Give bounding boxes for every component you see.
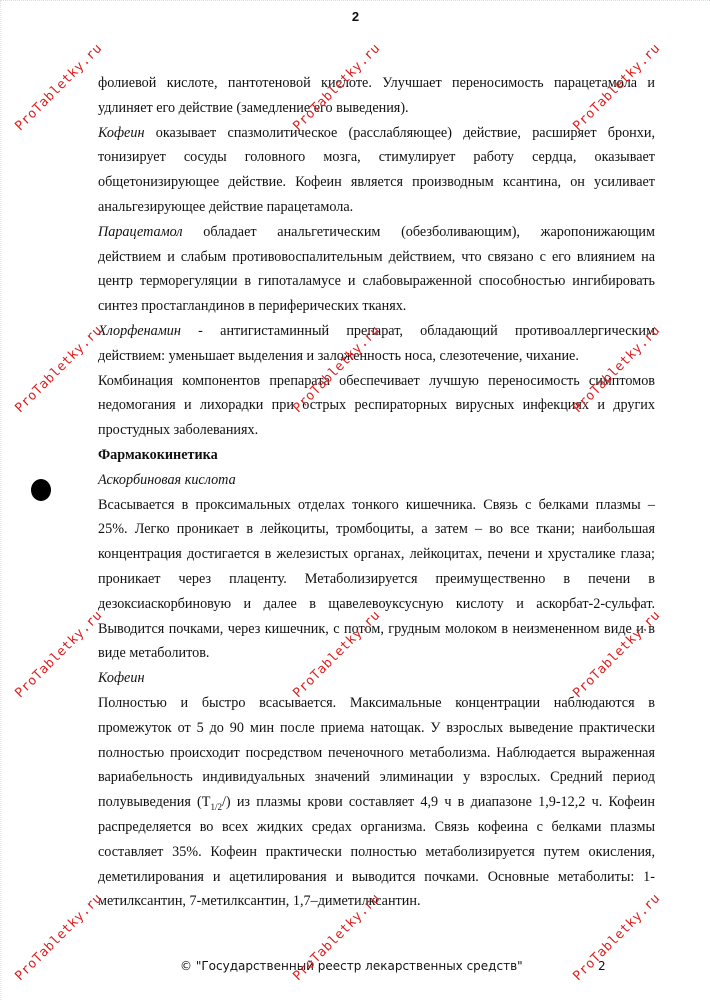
text-line: дезоксиаскорбиновую и далее в щавелевоук… xyxy=(98,592,655,617)
text-line: Кофеин оказывает спазмолитическое (рассл… xyxy=(98,121,655,146)
text-line: Всасывается в проксимальных отделах тонк… xyxy=(98,493,655,518)
text-line: недомогания и лихорадки при острых респи… xyxy=(98,393,655,418)
text-fragment: полувыведения (T xyxy=(98,794,210,810)
punch-hole-mark xyxy=(31,479,51,501)
text-line: составляет 35%. Кофеин практически полно… xyxy=(98,840,655,865)
document-body: фолиевой кислоте, пантотеновой кислоте. … xyxy=(98,71,655,914)
watermark: ProTabletky.ru xyxy=(12,323,105,416)
text-line: концентрация достигается в железистых ор… xyxy=(98,542,655,567)
text-line: действием: уменьшает выделения и заложен… xyxy=(98,344,655,369)
text-line: Выводится почками, через кишечник, с пот… xyxy=(98,617,655,642)
text-fragment: обладает анальгетическим (обезболивающим… xyxy=(203,224,655,240)
text-line: Парацетамол обладает анальгетическим (об… xyxy=(98,220,655,245)
text-line: распределяется во всех жидких средах орг… xyxy=(98,815,655,840)
text-line: удлиняет его действие (замедление его вы… xyxy=(98,96,655,121)
section-title-pharmacokinetics: Фармакокинетика xyxy=(98,443,655,468)
text-line: Полностью и быстро всасывается. Максимал… xyxy=(98,691,655,716)
subscript-half: 1/2 xyxy=(210,802,222,812)
text-line: 25%. Легко проникает в лейкоциты, тромбо… xyxy=(98,517,655,542)
text-line: тонизирует сосуды головного мозга, стиму… xyxy=(98,145,655,170)
text-line: Хлорфенамин - антигистаминный препарат, … xyxy=(98,319,655,344)
footer-page-number: 2 xyxy=(598,959,606,973)
text-line: действием и слабым противовоспалительным… xyxy=(98,245,655,270)
document-page: 2 фолиевой кислоте, пантотеновой кислоте… xyxy=(0,0,710,1000)
text-line: центр терморегуляции в гипоталамусе и сл… xyxy=(98,269,655,294)
text-fragment: /) из плазмы крови составляет 4,9 ч в ди… xyxy=(222,794,655,810)
text-line: Комбинация компонентов препарата обеспеч… xyxy=(98,369,655,394)
text-line: полувыведения (T1/2/) из плазмы крови со… xyxy=(98,790,655,815)
text-fragment: оказывает спазмолитическое (расслабляюще… xyxy=(156,125,655,141)
text-line: проникает через плаценту. Метаболизирует… xyxy=(98,567,655,592)
watermark: ProTabletky.ru xyxy=(12,891,105,984)
text-fragment: - антигистаминный препарат, обладающий п… xyxy=(198,323,655,339)
page-number-top: 2 xyxy=(1,9,710,24)
term-chlorphenamine: Хлорфенамин xyxy=(98,323,181,339)
term-paracetamol: Парацетамол xyxy=(98,224,183,240)
text-line: виде метаболитов. xyxy=(98,641,655,666)
watermark: ProTabletky.ru xyxy=(12,608,105,701)
text-line: деметилирования и ацетилирования и вывод… xyxy=(98,865,655,890)
text-line: метилксантин, 7-метилксантин, 1,7–димети… xyxy=(98,889,655,914)
text-line: синтез простагландинов в периферических … xyxy=(98,294,655,319)
text-line: полностью происходит посредством печеноч… xyxy=(98,741,655,766)
text-line: общетонизирующее действие. Кофеин являет… xyxy=(98,170,655,195)
text-line: фолиевой кислоте, пантотеновой кислоте. … xyxy=(98,71,655,96)
subtitle-ascorbic-acid: Аскорбиновая кислота xyxy=(98,468,655,493)
footer-copyright: © "Государственный реестр лекарственных … xyxy=(180,959,523,973)
subtitle-caffeine: Кофеин xyxy=(98,666,655,691)
text-line: простудных заболеваниях. xyxy=(98,418,655,443)
text-line: промежуток от 5 до 90 мин после приема н… xyxy=(98,716,655,741)
watermark: ProTabletky.ru xyxy=(12,41,105,134)
text-line: анальгезирующее действие парацетамола. xyxy=(98,195,655,220)
text-line: вариабельность индивидуальных значений э… xyxy=(98,765,655,790)
term-caffeine: Кофеин xyxy=(98,125,144,141)
